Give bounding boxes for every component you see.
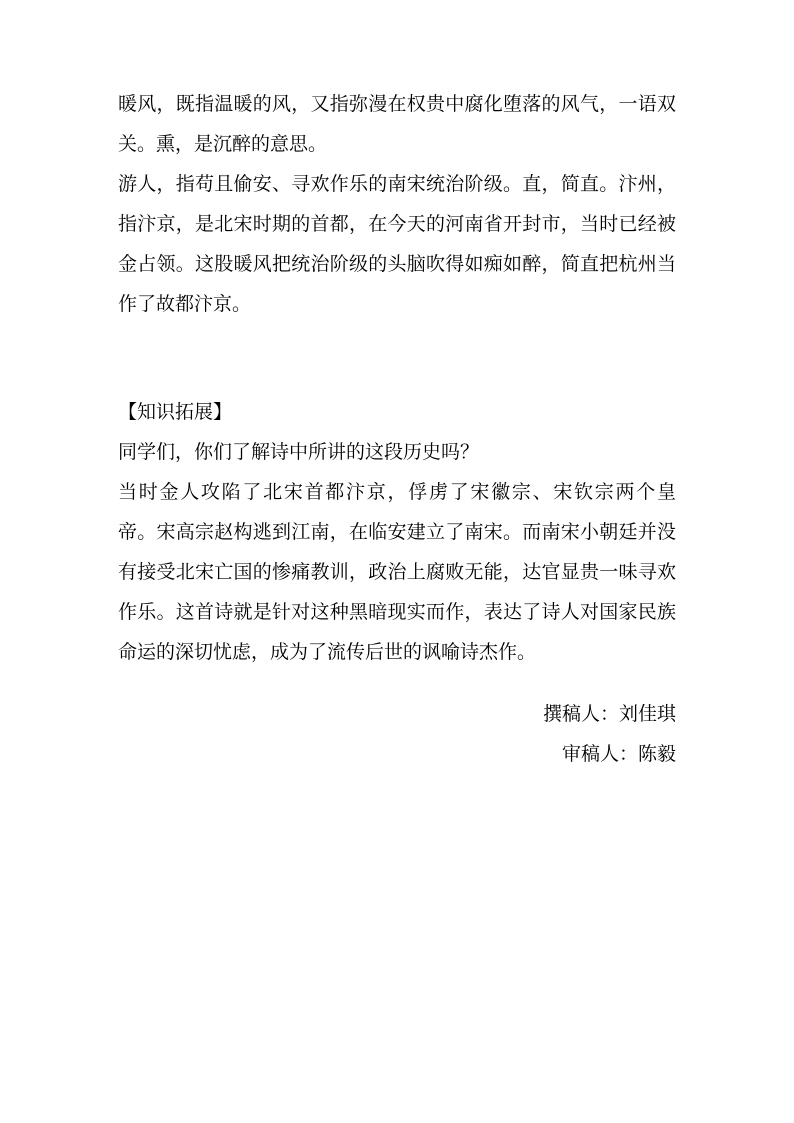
text-line: 帝。宋高宗赵构逃到江南，在临安建立了南宋。而南宋小朝廷并没: [118, 513, 676, 553]
byline-author: 撰稿人：刘佳琪: [118, 695, 676, 735]
question-line: 同学们，你们了解诗中所讲的这段历史吗？: [118, 433, 676, 473]
paragraph-youren-note: 游人，指苟且偷安、寻欢作乐的南宋统治阶级。直，简直。汴州， 指汴京，是北宋时期的…: [118, 165, 676, 325]
paragraph-history: 当时金人攻陷了北宋首都汴京，俘虏了宋徽宗、宋钦宗两个皇 帝。宋高宗赵构逃到江南，…: [118, 473, 676, 673]
byline-reviewer: 审稿人：陈毅: [118, 735, 676, 775]
section-heading: 【知识拓展】: [118, 393, 676, 433]
text-line: 金占领。这股暖风把统治阶级的头脑吹得如痴如醉，简直把杭州当: [118, 245, 676, 285]
text-line: 作乐。这首诗就是针对这种黑暗现实而作，表达了诗人对国家民族: [118, 593, 676, 633]
text-line: 关。熏，是沉醉的意思。: [118, 125, 676, 165]
text-line: 当时金人攻陷了北宋首都汴京，俘虏了宋徽宗、宋钦宗两个皇: [118, 473, 676, 513]
bylines: 撰稿人：刘佳琪 审稿人：陈毅: [118, 695, 676, 775]
text-line: 游人，指苟且偷安、寻欢作乐的南宋统治阶级。直，简直。汴州，: [118, 165, 676, 205]
annotation-section: 暖风，既指温暖的风，又指弥漫在权贵中腐化堕落的风气，一语双 关。熏，是沉醉的意思…: [118, 85, 676, 325]
paragraph-warm-wind-note: 暖风，既指温暖的风，又指弥漫在权贵中腐化堕落的风气，一语双 关。熏，是沉醉的意思…: [118, 85, 676, 165]
text-line: 命运的深切忧虑，成为了流传后世的讽喻诗杰作。: [118, 633, 676, 673]
text-line: 指汴京，是北宋时期的首都，在今天的河南省开封市，当时已经被: [118, 205, 676, 245]
question-paragraph: 同学们，你们了解诗中所讲的这段历史吗？: [118, 433, 676, 473]
text-line: 作了故都汴京。: [118, 285, 676, 325]
document-page: 暖风，既指温暖的风，又指弥漫在权贵中腐化堕落的风气，一语双 关。熏，是沉醉的意思…: [0, 0, 794, 1123]
knowledge-expansion-section: 【知识拓展】 同学们，你们了解诗中所讲的这段历史吗？ 当时金人攻陷了北宋首都汴京…: [118, 393, 676, 673]
text-line: 有接受北宋亡国的惨痛教训，政治上腐败无能，达官显贵一味寻欢: [118, 553, 676, 593]
text-line: 暖风，既指温暖的风，又指弥漫在权贵中腐化堕落的风气，一语双: [118, 85, 676, 125]
